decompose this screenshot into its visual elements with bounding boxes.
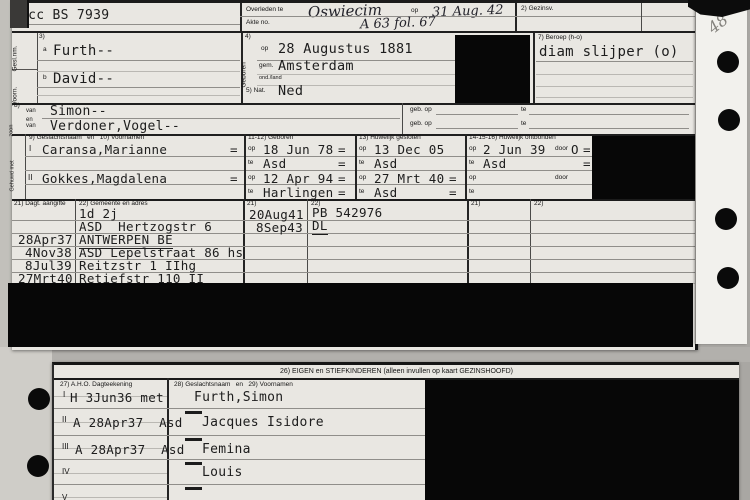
marriage1-date: 13 Dec 05 xyxy=(374,144,444,157)
geb-op-label-2: geb. op xyxy=(410,121,432,128)
spouse1-birth-place: Asd xyxy=(263,158,286,171)
child-row-entry: H 3Jun36 met xyxy=(70,392,164,405)
ditto-mark: = xyxy=(449,187,457,200)
marriages-section: Gehuwd met 9) Geslachtsnaam en 10) Voorn… xyxy=(12,134,695,201)
born-op-label: op xyxy=(248,175,255,182)
ditto-mark: = xyxy=(338,173,346,186)
punch-hole xyxy=(717,267,739,289)
punch-hole xyxy=(715,208,737,230)
married-op-label: op xyxy=(359,175,366,182)
punch-hole xyxy=(27,455,49,477)
dissolved-te-label: te xyxy=(469,160,474,167)
ditto-mark: = xyxy=(230,144,238,157)
row-a-label: a xyxy=(43,47,47,54)
section4-number: 4) xyxy=(245,34,251,41)
child-row-name: Femina xyxy=(202,443,251,456)
te-label-1: te xyxy=(521,107,526,114)
right-margin-strip: 48 xyxy=(695,0,747,344)
residence-col6-header: 22) xyxy=(534,201,543,208)
overleden-label: Overleden te xyxy=(246,7,283,14)
gem-label: gem. xyxy=(259,63,273,70)
akte-value-handwriting: A 63 fol. 67 xyxy=(360,16,436,32)
ditto-mark: = xyxy=(338,144,346,157)
surname-value: Furth-- xyxy=(53,44,114,58)
ditto-mark: = xyxy=(230,173,238,186)
child-row-entry: A 28Apr37 Asd xyxy=(73,417,183,430)
child-row-name: Louis xyxy=(202,466,243,479)
child-row-entry: A 28Apr37 Asd xyxy=(75,444,185,457)
child-row-numeral: IV xyxy=(62,468,70,476)
geb-op-label-1: geb. op xyxy=(410,107,432,114)
spouse1-birth-date: 18 Jun 78 xyxy=(263,144,333,157)
dissolved-op-label: op xyxy=(469,146,476,153)
born-te-label: te xyxy=(248,160,253,167)
punch-hole xyxy=(718,109,740,131)
nat-label: 5) Nat. xyxy=(246,88,266,95)
residence-date-header: 21) Dagt. aangifte xyxy=(14,201,66,208)
married-te-label: te xyxy=(359,189,364,196)
child-row-name: Furth,Simon xyxy=(194,391,283,404)
spouse2-numeral: II xyxy=(28,174,32,182)
ditto-mark: = xyxy=(449,173,457,186)
residence-section: 21) Dagt. aangifte 22) Gemeente en adres… xyxy=(12,199,695,286)
geboren-side-label: Geboren xyxy=(242,62,249,87)
birth-date-value: 28 Augustus 1881 xyxy=(278,43,413,57)
spouse1-name: Caransa,Marianne xyxy=(42,144,167,157)
father-name: Simon-- xyxy=(50,105,107,118)
marriage-dissolved-header: 14-15-16) Huwelijk ontbonden xyxy=(469,135,556,142)
header-section: acc BS 7939 Overleden te Oswiecim op 31 … xyxy=(12,3,695,33)
dissolution-place: Asd xyxy=(483,158,506,171)
dissolution-cause: O xyxy=(571,144,579,157)
children-card: 26) EIGEN en STIEFKINDEREN (alleen invul… xyxy=(52,362,739,500)
ditto-mark: = xyxy=(583,158,591,171)
children-name-header: 28) Geslachtsnaam en 29) Voornamen xyxy=(174,382,293,389)
scanned-record-photo: acc BS 7939 Overleden te Oswiecim op 31 … xyxy=(0,0,750,500)
section3-number: 3) xyxy=(39,34,45,41)
birth-place-value: Amsterdam xyxy=(278,60,354,74)
birth-op-label: op xyxy=(261,46,268,53)
redaction-box xyxy=(455,35,530,103)
door-label: door xyxy=(555,146,568,153)
marriage-married-header: 13) Huwelijk gesloten xyxy=(359,135,421,142)
beroep-label: 7) Beroep (h-o) xyxy=(538,35,582,42)
gehuwd-met-label: Gehuwd met xyxy=(11,160,17,191)
geslnm-label: Gesl.nm. xyxy=(13,45,20,71)
row-b-label: b xyxy=(43,75,47,82)
spouse2-name: Gokkes,Magdalena xyxy=(42,173,167,186)
occupation-value: diam slijper (o) xyxy=(539,45,679,59)
children-date-header: 27) A.H.O. Dagteekening xyxy=(60,382,132,389)
spouse2-birth-place: Harlingen xyxy=(263,187,333,200)
child-row-numeral: I xyxy=(63,391,65,399)
ditto-dash xyxy=(185,487,202,490)
van-label-2: van xyxy=(26,123,36,129)
dissolution-date: 2 Jun 39 xyxy=(483,144,546,157)
child-row-numeral: V xyxy=(62,494,67,500)
mother-name: Verdoner,Vogel-- xyxy=(50,120,180,133)
door-label: door xyxy=(555,175,568,182)
first-names-value: David-- xyxy=(53,72,114,86)
identity-section: 3) Gesl.nm. Voorn. a Furth-- b David-- 4… xyxy=(12,33,695,105)
residence-col5-header: 21) xyxy=(471,201,480,208)
nationality-value: Ned xyxy=(278,85,303,99)
child-row-numeral: III xyxy=(62,443,69,451)
ditto-dash xyxy=(185,462,202,465)
marriage-name-header: 9) Geslachtsnaam en 10) Voornamen xyxy=(29,135,144,142)
punch-hole xyxy=(28,388,50,410)
spouse1-numeral: I xyxy=(29,145,31,153)
spouse2-birth-date: 12 Apr 94 xyxy=(263,173,333,186)
born-op-label: op xyxy=(248,146,255,153)
akte-label: Akte no. xyxy=(246,20,270,27)
redaction-box xyxy=(425,380,739,500)
child-row-name: Jacques Isidore xyxy=(202,416,324,429)
ditto-mark: = xyxy=(338,158,346,171)
ditto-mark: = xyxy=(583,144,591,157)
stamp-date: 8Sep43 xyxy=(256,222,303,235)
punch-hole xyxy=(717,51,739,73)
ditto-dash xyxy=(185,411,202,414)
dl-mark: DL xyxy=(312,220,328,235)
marriage2-place: Asd xyxy=(374,187,397,200)
born-te-label: te xyxy=(248,189,253,196)
children-title: 26) EIGEN en STIEFKINDEREN (alleen invul… xyxy=(54,368,739,375)
dissolved-te-label: te xyxy=(469,189,474,196)
married-op-label: op xyxy=(359,146,366,153)
dissolved-op-label: op xyxy=(469,175,476,182)
redaction-stripe xyxy=(8,283,693,347)
corner-clip xyxy=(10,0,29,28)
gezinsv-label: 2) Gezinsv. xyxy=(521,6,553,13)
married-te-label: te xyxy=(359,160,364,167)
ditto-mark: = xyxy=(338,187,346,200)
children-title-band: 26) EIGEN en STIEFKINDEREN (alleen invul… xyxy=(54,365,739,380)
op-label: op xyxy=(411,8,418,15)
marriage1-place: Asd xyxy=(374,158,397,171)
section8-number: 8) xyxy=(14,103,20,110)
child-row-numeral: II xyxy=(62,416,66,424)
marriage-born-header: 11-12) Geboren xyxy=(248,135,293,142)
parents-section: 8) zoon van en van Simon-- Verdoner,Voge… xyxy=(12,103,695,136)
van-label-1: van xyxy=(26,108,36,114)
acc-number: acc BS 7939 xyxy=(20,9,109,22)
redaction-box xyxy=(592,136,695,199)
ond-land-label: ond./land xyxy=(259,76,282,82)
te-label-2: te xyxy=(521,121,526,128)
ditto-dash xyxy=(185,438,202,441)
marriage2-date: 27 Mrt 40 xyxy=(374,173,444,186)
